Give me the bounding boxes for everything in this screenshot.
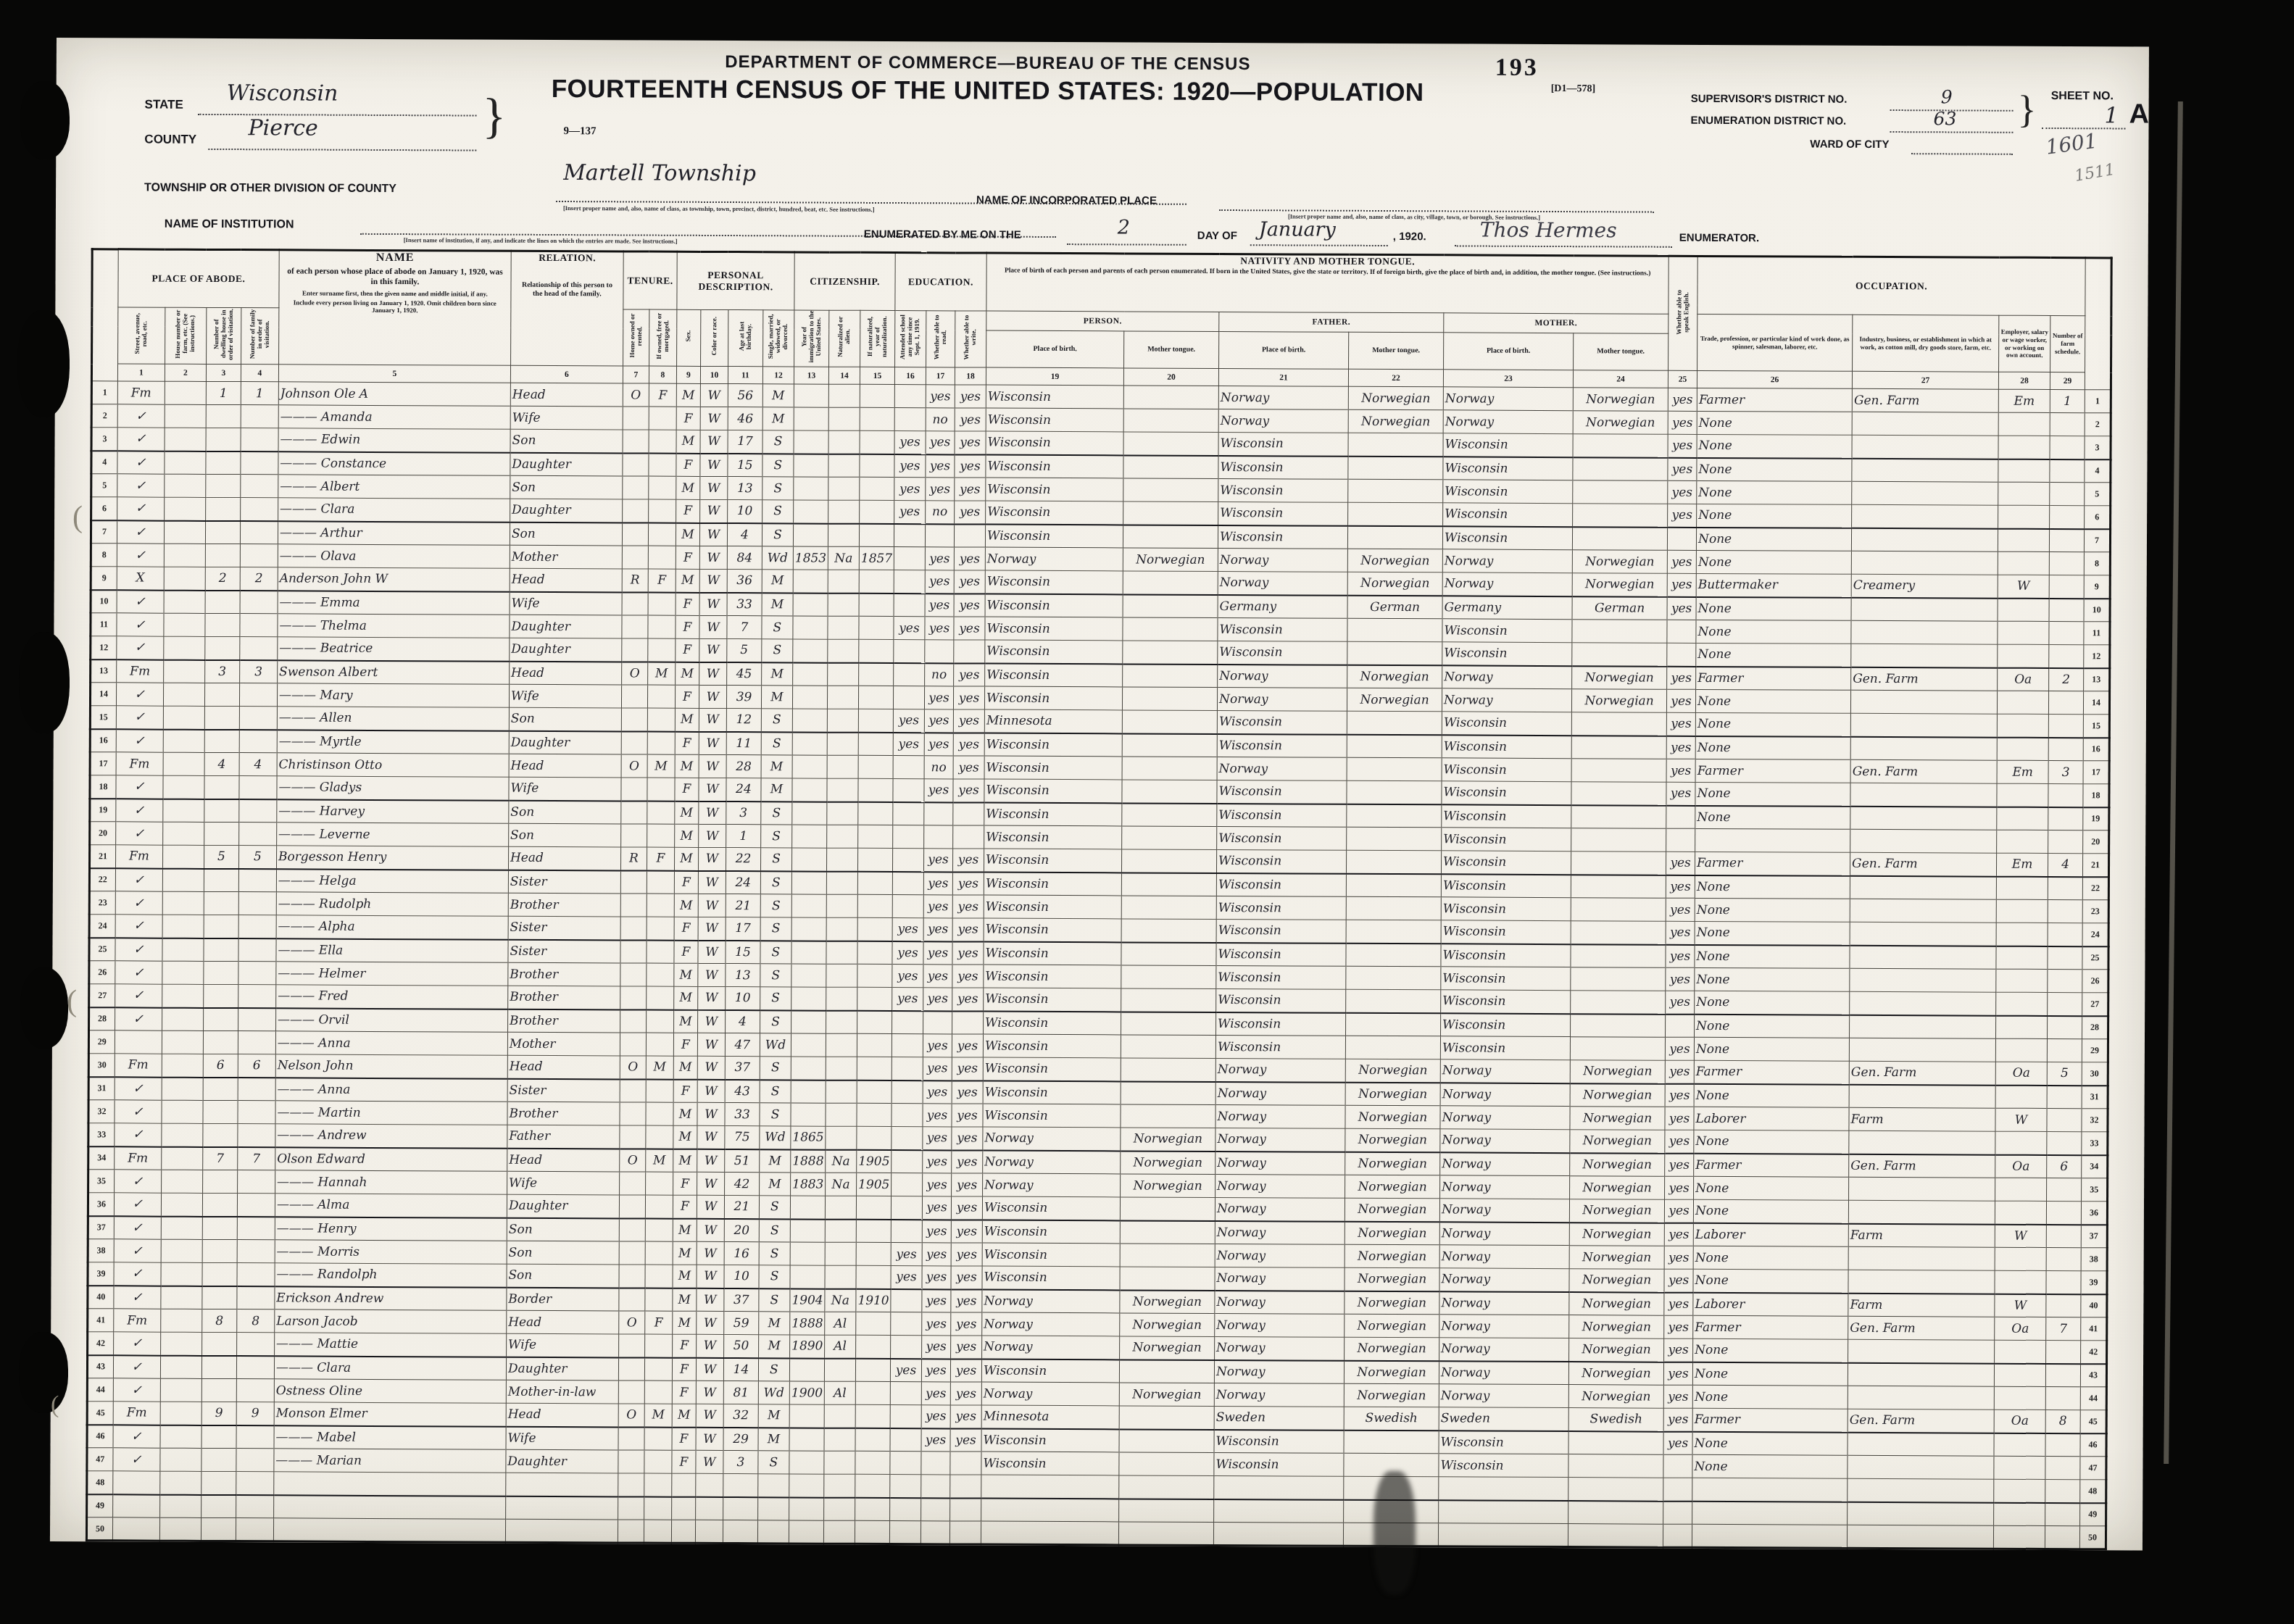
line-number-left: 4	[91, 451, 117, 474]
cell-mt	[1123, 386, 1218, 409]
cell-mar: S	[760, 1010, 791, 1033]
cell-color: W	[700, 499, 728, 522]
col-num-28: 28	[1998, 372, 2050, 389]
cell-fam	[239, 823, 277, 846]
cell-home	[620, 986, 647, 1009]
cell-fam	[236, 1449, 274, 1472]
cell-emp	[1997, 830, 2048, 853]
cell-emp: W	[1995, 1294, 2046, 1317]
cell-rel: Wife	[507, 1171, 619, 1195]
cell-mmt	[1571, 782, 1666, 806]
cell-read: yes	[922, 1196, 951, 1220]
cell-natyr	[855, 1520, 889, 1544]
line-number-left: 48	[87, 1471, 113, 1494]
cell-farm	[2045, 1433, 2080, 1456]
cell-sch	[892, 1127, 923, 1150]
cell-mmt: Norwegian	[1570, 1083, 1665, 1107]
cell-mort	[644, 1357, 672, 1381]
cell-rel: Wife	[509, 684, 621, 708]
cell-sex: M	[673, 1241, 697, 1265]
cell-mpob: Norway	[1440, 1152, 1570, 1176]
cell-age: 4	[725, 1010, 760, 1033]
institution-label: NAME OF INSTITUTION	[165, 218, 294, 232]
cell-imm	[791, 871, 826, 894]
group-relation: RELATION. Relationship of this person to…	[510, 251, 623, 366]
cell-imm: 1890	[790, 1335, 825, 1358]
cell-pob: Minnesota	[981, 1405, 1119, 1429]
cell-occ: None	[1692, 1362, 1848, 1386]
cell-natyr	[855, 1474, 890, 1497]
cell-street: ✓	[115, 1123, 162, 1146]
cell-name: ——— Thelma	[278, 614, 510, 638]
col-dwelling-number-header: Number of dwelling house in order of vis…	[206, 307, 241, 364]
cell-home	[622, 522, 648, 546]
line-number-right: 48	[2080, 1480, 2106, 1503]
cell-sch: yes	[894, 431, 926, 454]
cell-imm	[791, 917, 826, 941]
cell-sch	[890, 1405, 921, 1428]
cell-house	[162, 1030, 203, 1054]
cell-fam: 9	[236, 1402, 274, 1425]
cell-name: ——— Beatrice	[278, 637, 510, 661]
cell-natyr	[855, 1428, 890, 1451]
cell-imm	[792, 825, 827, 848]
cell-house	[161, 1262, 202, 1286]
col-num-13: 13	[794, 367, 828, 384]
col-num-4: 4	[241, 365, 278, 382]
cell-street: ✓	[116, 822, 163, 845]
cell-fpob: Wisconsin	[1218, 617, 1347, 641]
cell-dwell	[201, 1332, 236, 1355]
cell-fam	[237, 1194, 275, 1217]
cell-name: Christinson Otto	[277, 753, 509, 777]
cell-mt	[1121, 1035, 1215, 1059]
cell-age: 22	[726, 848, 760, 871]
cell-age: 7	[727, 616, 762, 639]
cell-color: W	[697, 1033, 725, 1056]
cell-fmt	[1348, 433, 1443, 457]
cell-sch	[892, 1080, 923, 1104]
cell-fpob: Norway	[1215, 1290, 1345, 1314]
cell-farm	[2045, 1386, 2080, 1409]
cell-write	[953, 825, 984, 849]
cell-home	[620, 894, 647, 917]
cell-color: W	[697, 1009, 725, 1033]
cell-sex: F	[673, 1079, 697, 1102]
cell-mpob: Norway	[1439, 1384, 1568, 1408]
group-education: EDUCATION.	[895, 253, 986, 312]
cell-mpob: Wisconsin	[1441, 920, 1571, 944]
cell-occ: Farmer	[1696, 666, 1851, 690]
cell-street: ✓	[114, 1193, 161, 1216]
cell-eng: yes	[1667, 550, 1696, 573]
cell-fpob: Wisconsin	[1216, 988, 1346, 1012]
cell-mt: Norwegian	[1119, 1383, 1214, 1407]
cell-mar: M	[762, 662, 793, 686]
col-age-header: Age at last birthday.	[728, 310, 762, 367]
cell-farm: 8	[2045, 1409, 2080, 1433]
line-number-right: 21	[2083, 854, 2109, 877]
cell-dwell	[206, 474, 241, 497]
cell-fmt: Norwegian	[1347, 549, 1442, 572]
cell-fam	[238, 1124, 275, 1147]
cell-farm	[2046, 1201, 2081, 1224]
cell-pob: Wisconsin	[984, 802, 1122, 826]
cell-emp	[1998, 412, 2050, 436]
cell-ind	[1850, 713, 1997, 737]
cell-pob: Wisconsin	[986, 408, 1123, 432]
cell-rel: Brother	[507, 1009, 620, 1033]
cell-fam: 7	[238, 1147, 275, 1170]
cell-mar: M	[759, 1335, 790, 1358]
cell-dwell	[204, 799, 239, 822]
cell-mpob: Wisconsin	[1440, 1036, 1570, 1060]
cell-house	[163, 683, 204, 706]
cell-street: ✓	[117, 590, 164, 613]
cell-street: ✓	[116, 799, 163, 822]
cell-sch	[892, 1173, 923, 1196]
cell-emp	[1995, 1340, 2046, 1363]
cell-emp: Oa	[1995, 1154, 2047, 1178]
cell-nat	[826, 1126, 857, 1149]
cell-pob: Wisconsin	[985, 663, 1123, 687]
cell-age: 51	[725, 1149, 760, 1173]
cell-age: 21	[724, 1196, 759, 1219]
cell-sch	[894, 547, 925, 570]
cell-imm	[789, 1497, 824, 1520]
cell-color: W	[699, 662, 727, 685]
cell-write: yes	[952, 988, 984, 1011]
cell-sch	[892, 1034, 923, 1057]
cell-read: yes	[923, 1104, 952, 1127]
cell-house	[163, 822, 204, 845]
cell-mmt: Norwegian	[1572, 666, 1667, 690]
line-number-right: 12	[2084, 645, 2110, 668]
cell-pob: Wisconsin	[984, 825, 1122, 849]
cell-street: Fm	[117, 659, 164, 683]
cell-occ: None	[1695, 875, 1850, 899]
cell-house	[163, 799, 204, 822]
cell-emp: W	[1995, 1108, 2047, 1131]
cell-ind	[1849, 1084, 1995, 1108]
cell-mmt	[1571, 921, 1666, 945]
cell-name	[273, 1518, 505, 1542]
cell-mpob: Norway	[1439, 1291, 1569, 1315]
cell-emp	[1997, 737, 2048, 760]
cell-color: W	[699, 546, 727, 569]
col-num-14: 14	[828, 367, 860, 384]
cell-imm: 1888	[791, 1149, 826, 1173]
col-family-number-header: Number of family in order of visitation.	[241, 308, 278, 365]
cell-imm	[789, 1474, 824, 1497]
form-number: 9—137	[563, 125, 596, 138]
cell-pob: Wisconsin	[985, 594, 1123, 617]
cell-mt: Norwegian	[1120, 1290, 1215, 1314]
sheet-letter: A	[2129, 99, 2149, 130]
line-number-left: 9	[91, 567, 117, 590]
cell-fmt	[1346, 966, 1441, 990]
cell-sch	[892, 895, 923, 918]
cell-mpob: Wisconsin	[1441, 874, 1571, 898]
cell-read: yes	[923, 849, 952, 872]
cell-color: W	[698, 986, 726, 1009]
cell-nat	[826, 1103, 857, 1126]
cell-ind	[1851, 620, 1998, 644]
cell-fmt	[1346, 896, 1441, 920]
cell-pob: Wisconsin	[984, 849, 1122, 873]
cell-house	[160, 1355, 201, 1378]
cell-name: ——— Myrtle	[277, 730, 509, 754]
cell-house	[162, 868, 204, 891]
cell-mort	[647, 894, 674, 917]
cell-farm	[2050, 483, 2085, 506]
cell-home	[618, 1496, 644, 1520]
cell-fam	[240, 544, 278, 567]
cell-emp	[1998, 621, 2049, 644]
cell-mmt	[1573, 504, 1668, 528]
cell-mort: M	[648, 662, 676, 685]
cell-mt	[1121, 942, 1216, 966]
cell-fmt: Norwegian	[1345, 1198, 1439, 1222]
cell-occ: None	[1695, 944, 1850, 968]
cell-fmt: Norwegian	[1345, 1244, 1439, 1268]
cell-fam	[236, 1472, 274, 1495]
form-header: 9—137 DEPARTMENT OF COMMERCE—BUREAU OF T…	[56, 38, 2149, 257]
cell-age: 13	[728, 477, 762, 500]
cell-pob: Wisconsin	[981, 1359, 1119, 1383]
cell-write: yes	[954, 663, 985, 686]
cell-occ: Farmer	[1695, 759, 1850, 783]
cell-mt	[1123, 409, 1218, 433]
cell-rel: Head	[510, 661, 622, 685]
cell-fmt: Norwegian	[1345, 1082, 1440, 1106]
cell-emp	[1997, 807, 2048, 830]
col-num-25: 25	[1668, 370, 1697, 388]
cell-eng: yes	[1667, 596, 1696, 620]
col-num-23: 23	[1443, 370, 1573, 388]
col-num-17: 17	[926, 367, 955, 385]
cell-fam: 5	[238, 846, 276, 869]
cell-sch: yes	[891, 1243, 922, 1266]
cell-mt	[1122, 757, 1217, 780]
cell-color: W	[697, 1079, 725, 1102]
cell-sch	[891, 1312, 922, 1336]
cell-read: yes	[924, 686, 953, 709]
cell-mar: M	[762, 407, 794, 430]
cell-read: yes	[923, 1057, 952, 1080]
cell-fmt	[1346, 920, 1441, 944]
cell-fpob: Wisconsin	[1218, 478, 1348, 502]
cell-name: Monson Elmer	[274, 1402, 506, 1426]
cell-emp	[1996, 923, 2048, 946]
cell-house	[161, 1170, 202, 1193]
cell-mt	[1121, 1012, 1216, 1036]
cell-mmt	[1571, 875, 1666, 899]
cell-fam	[240, 637, 278, 660]
cell-dwell	[206, 497, 241, 520]
cell-occ	[1692, 1478, 1848, 1502]
cell-street	[113, 1494, 160, 1517]
cell-home	[620, 1033, 646, 1056]
cell-street: Fm	[113, 1402, 160, 1425]
cell-dwell	[204, 775, 239, 799]
census-table: PLACE OF ABODE. NAME of each person whos…	[86, 248, 2113, 1550]
cell-mar	[758, 1497, 789, 1520]
cell-occ: None	[1696, 620, 1851, 644]
cell-ind	[1848, 1455, 1994, 1479]
cell-nat	[828, 500, 860, 523]
cell-occ: None	[1692, 1431, 1848, 1455]
cell-fpob: Norway	[1218, 386, 1348, 410]
cell-write	[954, 524, 985, 547]
cell-mar: S	[759, 1219, 790, 1242]
enumeration-district-value: 63	[1933, 108, 1956, 129]
cell-mmt	[1571, 759, 1666, 783]
cell-home	[623, 453, 649, 476]
cell-fpob: Norway	[1218, 548, 1347, 572]
cell-pob: Wisconsin	[984, 686, 1122, 710]
cell-rel: Daughter	[510, 615, 622, 638]
cell-mt	[1122, 826, 1217, 850]
cell-read: yes	[923, 965, 952, 988]
cell-ind: Gen. Farm	[1850, 759, 1997, 783]
line-number-left: 30	[88, 1054, 115, 1077]
cell-sex: M	[676, 430, 700, 453]
cell-pob: Wisconsin	[984, 872, 1121, 896]
cell-color: W	[699, 638, 727, 662]
cell-color: W	[697, 1172, 724, 1195]
cell-mpob: Germany	[1442, 596, 1572, 620]
cell-sch	[893, 802, 924, 825]
cell-name: ——— Alpha	[276, 915, 508, 939]
cell-rel: Daughter	[506, 1449, 618, 1473]
cell-write: yes	[952, 1150, 983, 1173]
cell-home	[623, 476, 649, 499]
cell-sex: F	[672, 1357, 696, 1381]
col-house-number-header: House number or farm, etc. (See instruct…	[165, 307, 206, 364]
cell-mt	[1121, 1058, 1215, 1082]
cell-mpob: Wisconsin	[1442, 781, 1571, 805]
line-number-right: 36	[2081, 1202, 2107, 1225]
cell-farm	[2048, 876, 2082, 899]
cell-mmt: Norwegian	[1568, 1362, 1663, 1386]
cell-mort	[645, 1241, 673, 1265]
cell-emp: Oa	[1994, 1409, 2045, 1433]
cell-age: 42	[724, 1173, 759, 1196]
line-number-right: 47	[2080, 1457, 2106, 1480]
cell-mar: S	[762, 639, 793, 662]
cell-sex: M	[673, 1265, 697, 1288]
cell-rel: Son	[507, 1241, 619, 1265]
cell-eng: yes	[1664, 1315, 1693, 1338]
cell-emp	[1995, 1201, 2046, 1224]
cell-ind	[1850, 783, 1997, 807]
cell-imm	[792, 755, 827, 778]
cell-fpob: Wisconsin	[1218, 455, 1348, 479]
cell-mort	[645, 1218, 673, 1241]
cell-natyr	[855, 1404, 890, 1428]
cell-fpob: Wisconsin	[1215, 1035, 1345, 1059]
cell-pob: Wisconsin	[984, 918, 1121, 942]
cell-mpob: Norway	[1439, 1222, 1569, 1246]
cell-house	[160, 1332, 201, 1355]
state-value: Wisconsin	[227, 80, 338, 107]
cell-pob: Wisconsin	[984, 895, 1121, 919]
cell-emp	[1994, 1433, 2045, 1456]
cell-color: W	[697, 1311, 724, 1334]
cell-color: W	[699, 592, 727, 615]
cell-mmt	[1568, 1478, 1663, 1502]
enumeration-district-line	[1890, 131, 2013, 133]
cell-name: ——— Helga	[276, 869, 508, 893]
cell-sch	[894, 640, 925, 663]
cell-home	[621, 801, 647, 824]
cell-natyr	[859, 616, 894, 639]
cell-rel: Wife	[507, 1333, 619, 1357]
cell-fpob: Wisconsin	[1218, 433, 1348, 457]
cell-natyr	[860, 500, 894, 523]
cell-read: yes	[922, 1243, 951, 1266]
cell-age: 13	[726, 964, 760, 987]
cell-ind	[1851, 690, 1998, 714]
cell-occ: None	[1697, 457, 1852, 481]
line-number-left: 7	[91, 520, 117, 544]
cell-mort	[648, 592, 676, 615]
cell-color: W	[699, 778, 726, 801]
cell-pob: Wisconsin	[985, 640, 1123, 664]
cell-mar: S	[760, 871, 791, 894]
cell-sex: M	[674, 963, 698, 986]
cell-home: O	[623, 383, 649, 407]
cell-eng: yes	[1668, 457, 1697, 480]
line-number-right: 45	[2080, 1410, 2106, 1433]
cell-mar: S	[761, 732, 792, 755]
cell-eng: yes	[1663, 1408, 1692, 1431]
col-num-24: 24	[1573, 370, 1668, 388]
cell-street	[112, 1517, 159, 1541]
cell-nat	[825, 1265, 856, 1288]
cell-age: 1	[726, 825, 761, 848]
cell-occ: None	[1695, 712, 1850, 736]
cell-mt	[1123, 571, 1218, 595]
cell-mar: S	[760, 1080, 791, 1103]
cell-read: yes	[925, 547, 954, 570]
cell-eng: yes	[1666, 782, 1695, 805]
cell-sch	[894, 663, 925, 686]
cell-mt	[1123, 432, 1218, 456]
cell-fpob: Norway	[1215, 1313, 1345, 1337]
cell-mpob: Wisconsin	[1443, 457, 1573, 480]
cell-emp	[1993, 1525, 2045, 1549]
cell-color: W	[699, 754, 726, 778]
cell-write: yes	[955, 478, 986, 501]
cell-color: W	[697, 1265, 724, 1288]
cell-mmt: Swedish	[1568, 1408, 1663, 1432]
cell-home	[618, 1520, 644, 1543]
cell-house	[164, 544, 205, 567]
cell-dwell	[202, 1216, 237, 1239]
cell-color: W	[697, 1288, 724, 1311]
group-name: NAME of each person whose place of abode…	[278, 250, 511, 365]
cell-fpob: Norway	[1215, 1267, 1345, 1291]
cell-house	[162, 915, 204, 938]
cell-farm	[2050, 506, 2085, 529]
cell-house	[165, 451, 206, 474]
cell-fmt: Norwegian	[1344, 1383, 1439, 1407]
cell-farm	[2046, 1270, 2081, 1294]
cell-sex: F	[676, 453, 700, 476]
cell-color: W	[696, 1381, 723, 1404]
